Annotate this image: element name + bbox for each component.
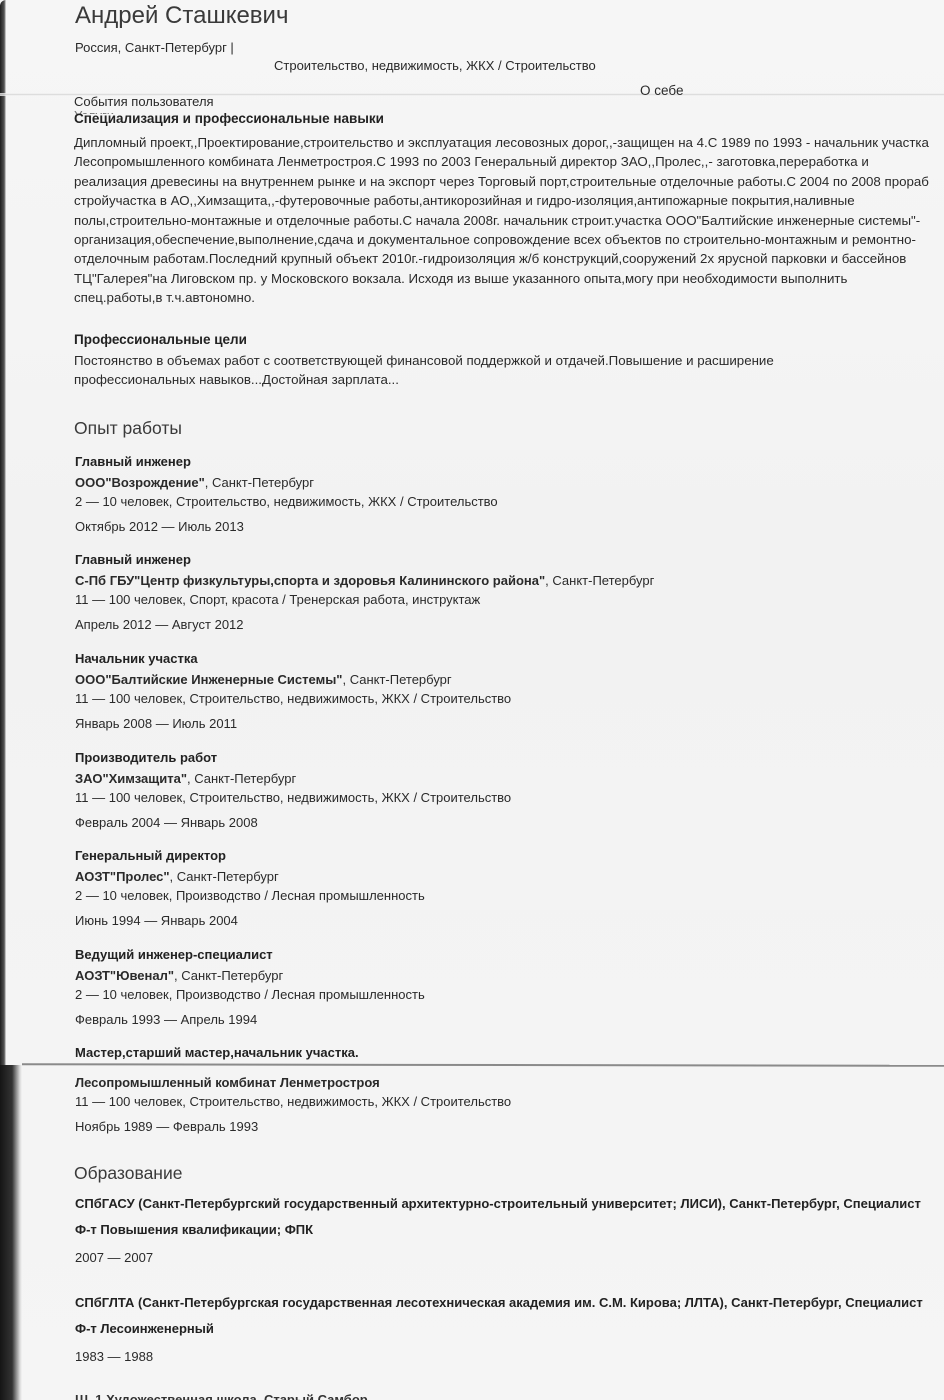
goals-text: Постоянство в объемах работ с соответств… — [74, 351, 874, 390]
job-entry: Главный инженерС-Пб ГБУ"Центр физкультур… — [75, 552, 935, 632]
education-institution: СПбГЛТА (Санкт-Петербургская государстве… — [75, 1291, 937, 1315]
education-years: 2007 — 2007 — [75, 1250, 937, 1265]
education-entry: СПбГЛТА (Санкт-Петербургская государстве… — [75, 1291, 937, 1364]
candidate-location: Россия, Санкт-Петербург | — [75, 40, 234, 55]
job-meta: 11 — 100 человек, Строительство, недвижи… — [75, 1092, 935, 1112]
job-meta: 11 — 100 человек, Строительство, недвижи… — [75, 689, 935, 709]
job-company: ООО"Возрождение", Санкт-Петербург — [75, 474, 935, 492]
company-city: , Санкт-Петербург — [545, 573, 654, 588]
job-title: Ведущий инженер-специалист — [75, 947, 935, 967]
company-city: , Санкт-Петербург — [187, 771, 296, 786]
job-entry: Главный инженерООО"Возрождение", Санкт-П… — [75, 454, 935, 534]
job-entry: Мастер,старший мастер,начальник участка.… — [75, 1045, 935, 1134]
education-faculty: Ф-т Повышения квалификации; ФПК — [75, 1218, 937, 1242]
job-meta: 2 — 10 человек, Производство / Лесная пр… — [75, 985, 935, 1005]
job-entry: Производитель работЗАО"Химзащита", Санкт… — [75, 750, 935, 830]
company-city: , Санкт-Петербург — [174, 968, 283, 983]
job-meta: 11 — 100 человек, Спорт, красота / Трене… — [75, 590, 935, 610]
scan-edge-shadow — [0, 0, 6, 1065]
job-entry: Ведущий инженер-специалистАОЗТ"Ювенал", … — [75, 947, 935, 1027]
job-meta: 11 — 100 человек, Строительство, недвижи… — [75, 788, 935, 808]
company-name: ЗАО"Химзащита" — [75, 771, 187, 786]
job-dates: Январь 2008 — Июль 2011 — [75, 716, 935, 731]
company-name: ООО"Возрождение" — [75, 475, 205, 490]
company-city: , Санкт-Петербург — [342, 672, 451, 687]
education-years: 1983 — 1988 — [75, 1349, 937, 1364]
company-name: АОЗТ"Пролес" — [75, 869, 170, 884]
job-title: Мастер,старший мастер,начальник участка. — [75, 1045, 935, 1074]
candidate-name: Андрей Сташкевич — [75, 2, 288, 30]
scanned-resume-page: Андрей Сташкевич Россия, Санкт-Петербург… — [0, 0, 944, 1400]
job-dates: Апрель 2012 — Август 2012 — [75, 617, 935, 632]
education-entry: СПбГАСУ (Санкт-Петербургский государстве… — [75, 1192, 937, 1265]
job-dates: Октябрь 2012 — Июль 2013 — [75, 519, 935, 534]
about-link[interactable]: О себе — [640, 83, 683, 98]
skills-heading: Специализация и профессиональные навыки — [74, 111, 384, 126]
company-name: С-Пб ГБУ"Центр физкультуры,спорта и здор… — [75, 573, 545, 588]
company-name: Лесопромышленный комбинат Ленметростроя — [75, 1075, 380, 1090]
education-faculty: Ф-т Лесоинженерный — [75, 1317, 937, 1341]
education-cutoff-item: Ш. 1 Художественная школа, Старый Самбор — [75, 1392, 368, 1400]
company-name: АОЗТ"Ювенал" — [75, 968, 174, 983]
job-title: Главный инженер — [75, 454, 935, 474]
job-company: ЗАО"Химзащита", Санкт-Петербург — [75, 770, 935, 788]
job-title: Начальник участка — [75, 651, 935, 671]
job-company: ООО"Балтийские Инженерные Системы", Санк… — [75, 671, 935, 689]
candidate-industry: Строительство, недвижимость, ЖКХ / Строи… — [274, 58, 596, 73]
company-city: , Санкт-Петербург — [205, 475, 314, 490]
company-name: ООО"Балтийские Инженерные Системы" — [75, 672, 342, 687]
education-heading: Образование — [74, 1163, 182, 1184]
job-dates: Июнь 1994 — Январь 2004 — [75, 913, 935, 928]
job-entry: Генеральный директорАОЗТ"Пролес", Санкт-… — [75, 848, 935, 928]
skills-text: Дипломный проект,,Проектирование,строите… — [74, 133, 936, 308]
job-company: АОЗТ"Пролес", Санкт-Петербург — [75, 868, 935, 886]
goals-heading: Профессиональные цели — [74, 332, 247, 347]
company-city: , Санкт-Петербург — [170, 869, 279, 884]
job-dates: Февраль 1993 — Апрель 1994 — [75, 1012, 935, 1027]
job-company: Лесопромышленный комбинат Ленметростроя — [75, 1074, 935, 1092]
job-dates: Ноябрь 1989 — Февраль 1993 — [75, 1119, 935, 1134]
job-title: Главный инженер — [75, 552, 935, 572]
job-meta: 2 — 10 человек, Строительство, недвижимо… — [75, 492, 935, 512]
job-company: АОЗТ"Ювенал", Санкт-Петербург — [75, 967, 935, 985]
job-company: С-Пб ГБУ"Центр физкультуры,спорта и здор… — [75, 572, 935, 590]
education-institution: СПбГАСУ (Санкт-Петербургский государстве… — [75, 1192, 937, 1216]
experience-heading: Опыт работы — [74, 418, 182, 439]
job-dates: Февраль 2004 — Январь 2008 — [75, 815, 935, 830]
user-events-link[interactable]: События пользователя — [74, 94, 214, 109]
job-entry: Начальник участкаООО"Балтийские Инженерн… — [75, 651, 935, 731]
job-title: Производитель работ — [75, 750, 935, 770]
scan-edge-shadow-lower — [0, 1065, 22, 1400]
job-meta: 2 — 10 человек, Производство / Лесная пр… — [75, 886, 935, 906]
job-title: Генеральный директор — [75, 848, 935, 868]
